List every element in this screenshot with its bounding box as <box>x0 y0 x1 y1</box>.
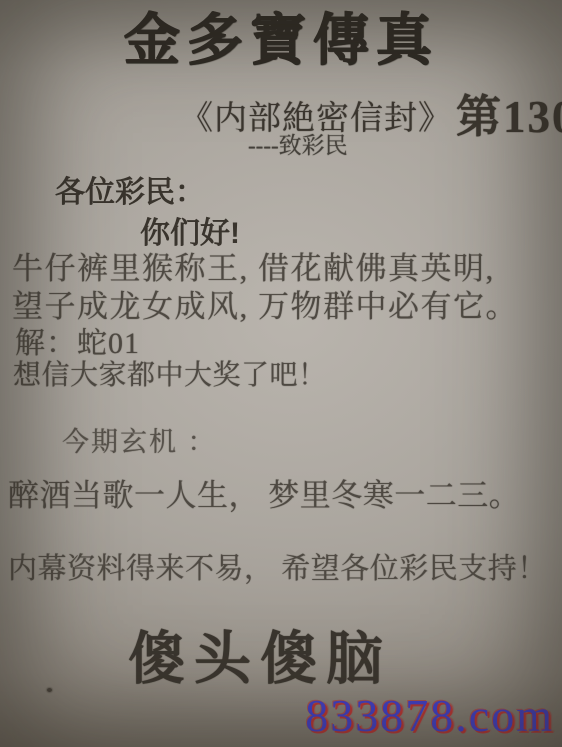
salutation: 各位彩民： <box>55 167 205 211</box>
page-title: 金多寶傳真 <box>0 8 562 72</box>
mystery-section-label: 今期玄机 ： <box>62 420 217 459</box>
mystery-verse: 醉酒当歌一人生， 梦里冬寒一二三。 <box>8 470 520 515</box>
bottom-phrase: 傻头傻脑 <box>0 613 520 695</box>
photographed-document: 金多寶傳真 《内部絶密信封》 第130期 ----致彩民 各位彩民： 你们好! … <box>0 0 562 747</box>
website-watermark: 833878.com <box>305 689 554 742</box>
issue-number: 第130期 <box>456 92 562 142</box>
support-note: 内幕资料得来不易， 希望各位彩民支持！ <box>8 546 547 587</box>
dedication-line: ----致彩民 <box>248 127 348 160</box>
congrats-line: 想信大家都中大奖了吧！ <box>13 353 327 393</box>
paper-speck <box>47 688 52 692</box>
issue-line: 《内部絶密信封》 第130期 <box>180 80 562 145</box>
